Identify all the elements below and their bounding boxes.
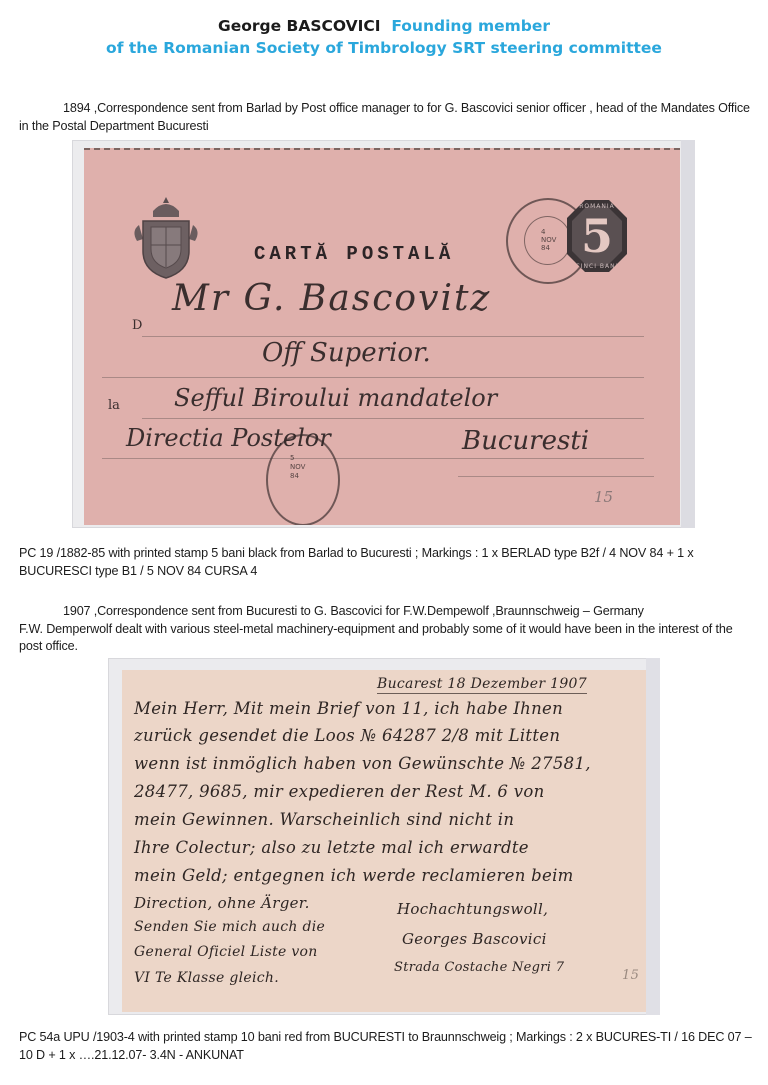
item2-caption: PC 54a UPU /1903-4 with printed stamp 10… <box>19 1029 754 1064</box>
society-name: of the Romanian Society of Timbrology SR… <box>106 39 662 57</box>
addressee-office: Sefful Biroului mandatelor <box>174 384 497 412</box>
page-title: George BASCOVICI Founding member <box>0 15 768 37</box>
address-line <box>102 458 644 459</box>
item1-intro: 1894 ,Correspondence sent from Barlad by… <box>19 100 754 135</box>
address-line <box>458 476 654 477</box>
coat-of-arms-icon <box>131 195 201 280</box>
pencil-note: 15 <box>622 968 639 983</box>
person-role: Founding member <box>391 17 550 35</box>
item1-caption: PC 19 /1882-85 with printed stamp 5 bani… <box>19 545 754 580</box>
addressee-city: Bucuresti <box>462 426 589 456</box>
pencil-note: 15 <box>594 488 613 506</box>
address-line <box>102 377 644 378</box>
letter-line: mein Geld; entgegnen ich werde reclamier… <box>134 866 574 885</box>
postcard-1: CARTĂ POSTALĂ 4NOV84 ROMANIA 5 CINCI BAN… <box>84 148 680 525</box>
postcard-1-image: CARTĂ POSTALĂ 4NOV84 ROMANIA 5 CINCI BAN… <box>72 140 695 528</box>
letter-address: Strada Costache Negri 7 <box>394 960 564 975</box>
letter-closing: Hochachtungswoll, <box>397 900 548 918</box>
postcard-2: Bucarest 18 Dezember 1907 Mein Herr, Mit… <box>122 670 646 1012</box>
letter-line: 28477, 9685, mir expedieren der Rest M. … <box>134 782 545 801</box>
sleeve-edge <box>646 658 660 1015</box>
letter-ps: VI Te Klasse gleich. <box>134 970 279 986</box>
letter-ps: General Oficiel Liste von <box>134 944 318 960</box>
label-d: D <box>132 318 142 333</box>
printed-title: CARTĂ POSTALĂ <box>254 243 454 265</box>
postcard-2-image: Bucarest 18 Dezember 1907 Mein Herr, Mit… <box>108 658 660 1015</box>
letter-line: Ihre Colectur; also zu letzte mal ich er… <box>134 838 529 857</box>
addressee-name: Mr G. Bascovitz <box>172 278 491 319</box>
item2-intro-line2: F.W. Demperwolf dealt with various steel… <box>19 622 733 654</box>
letter-line: zurück gesendet die Loos № 64287 2/8 mit… <box>134 726 560 745</box>
sleeve-edge <box>681 140 695 528</box>
letter-line: wenn ist inmöglich haben von Gewünschte … <box>134 754 591 773</box>
label-la: la <box>108 398 120 413</box>
letter-signature: Georges Bascovici <box>402 930 547 948</box>
item2-intro-line1: 1907 ,Correspondence sent from Bucuresti… <box>63 604 644 618</box>
address-line <box>142 336 644 337</box>
stamp-value: 5 <box>567 210 627 262</box>
letter-ps: Direction, ohne Ärger. <box>134 894 310 912</box>
page-subtitle: of the Romanian Society of Timbrology SR… <box>0 37 768 59</box>
address-line <box>142 418 644 419</box>
letter-ps: Senden Sie mich auch die <box>134 919 325 935</box>
addressee-title: Off Superior. <box>262 338 431 368</box>
letter-date: Bucarest 18 Dezember 1907 <box>377 676 587 694</box>
bucuresci-postmark: 5NOV84 <box>266 434 340 525</box>
item2-intro: 1907 ,Correspondence sent from Bucuresti… <box>19 603 754 656</box>
item1-intro-text: 1894 ,Correspondence sent from Barlad by… <box>19 101 750 133</box>
letter-line: mein Gewinnen. Warscheinlich sind nicht … <box>134 810 514 829</box>
printed-stamp-5-bani: ROMANIA 5 CINCI BANI <box>567 200 627 272</box>
person-name: George BASCOVICI <box>218 17 381 35</box>
letter-line: Mein Herr, Mit mein Brief von 11, ich ha… <box>134 699 563 718</box>
